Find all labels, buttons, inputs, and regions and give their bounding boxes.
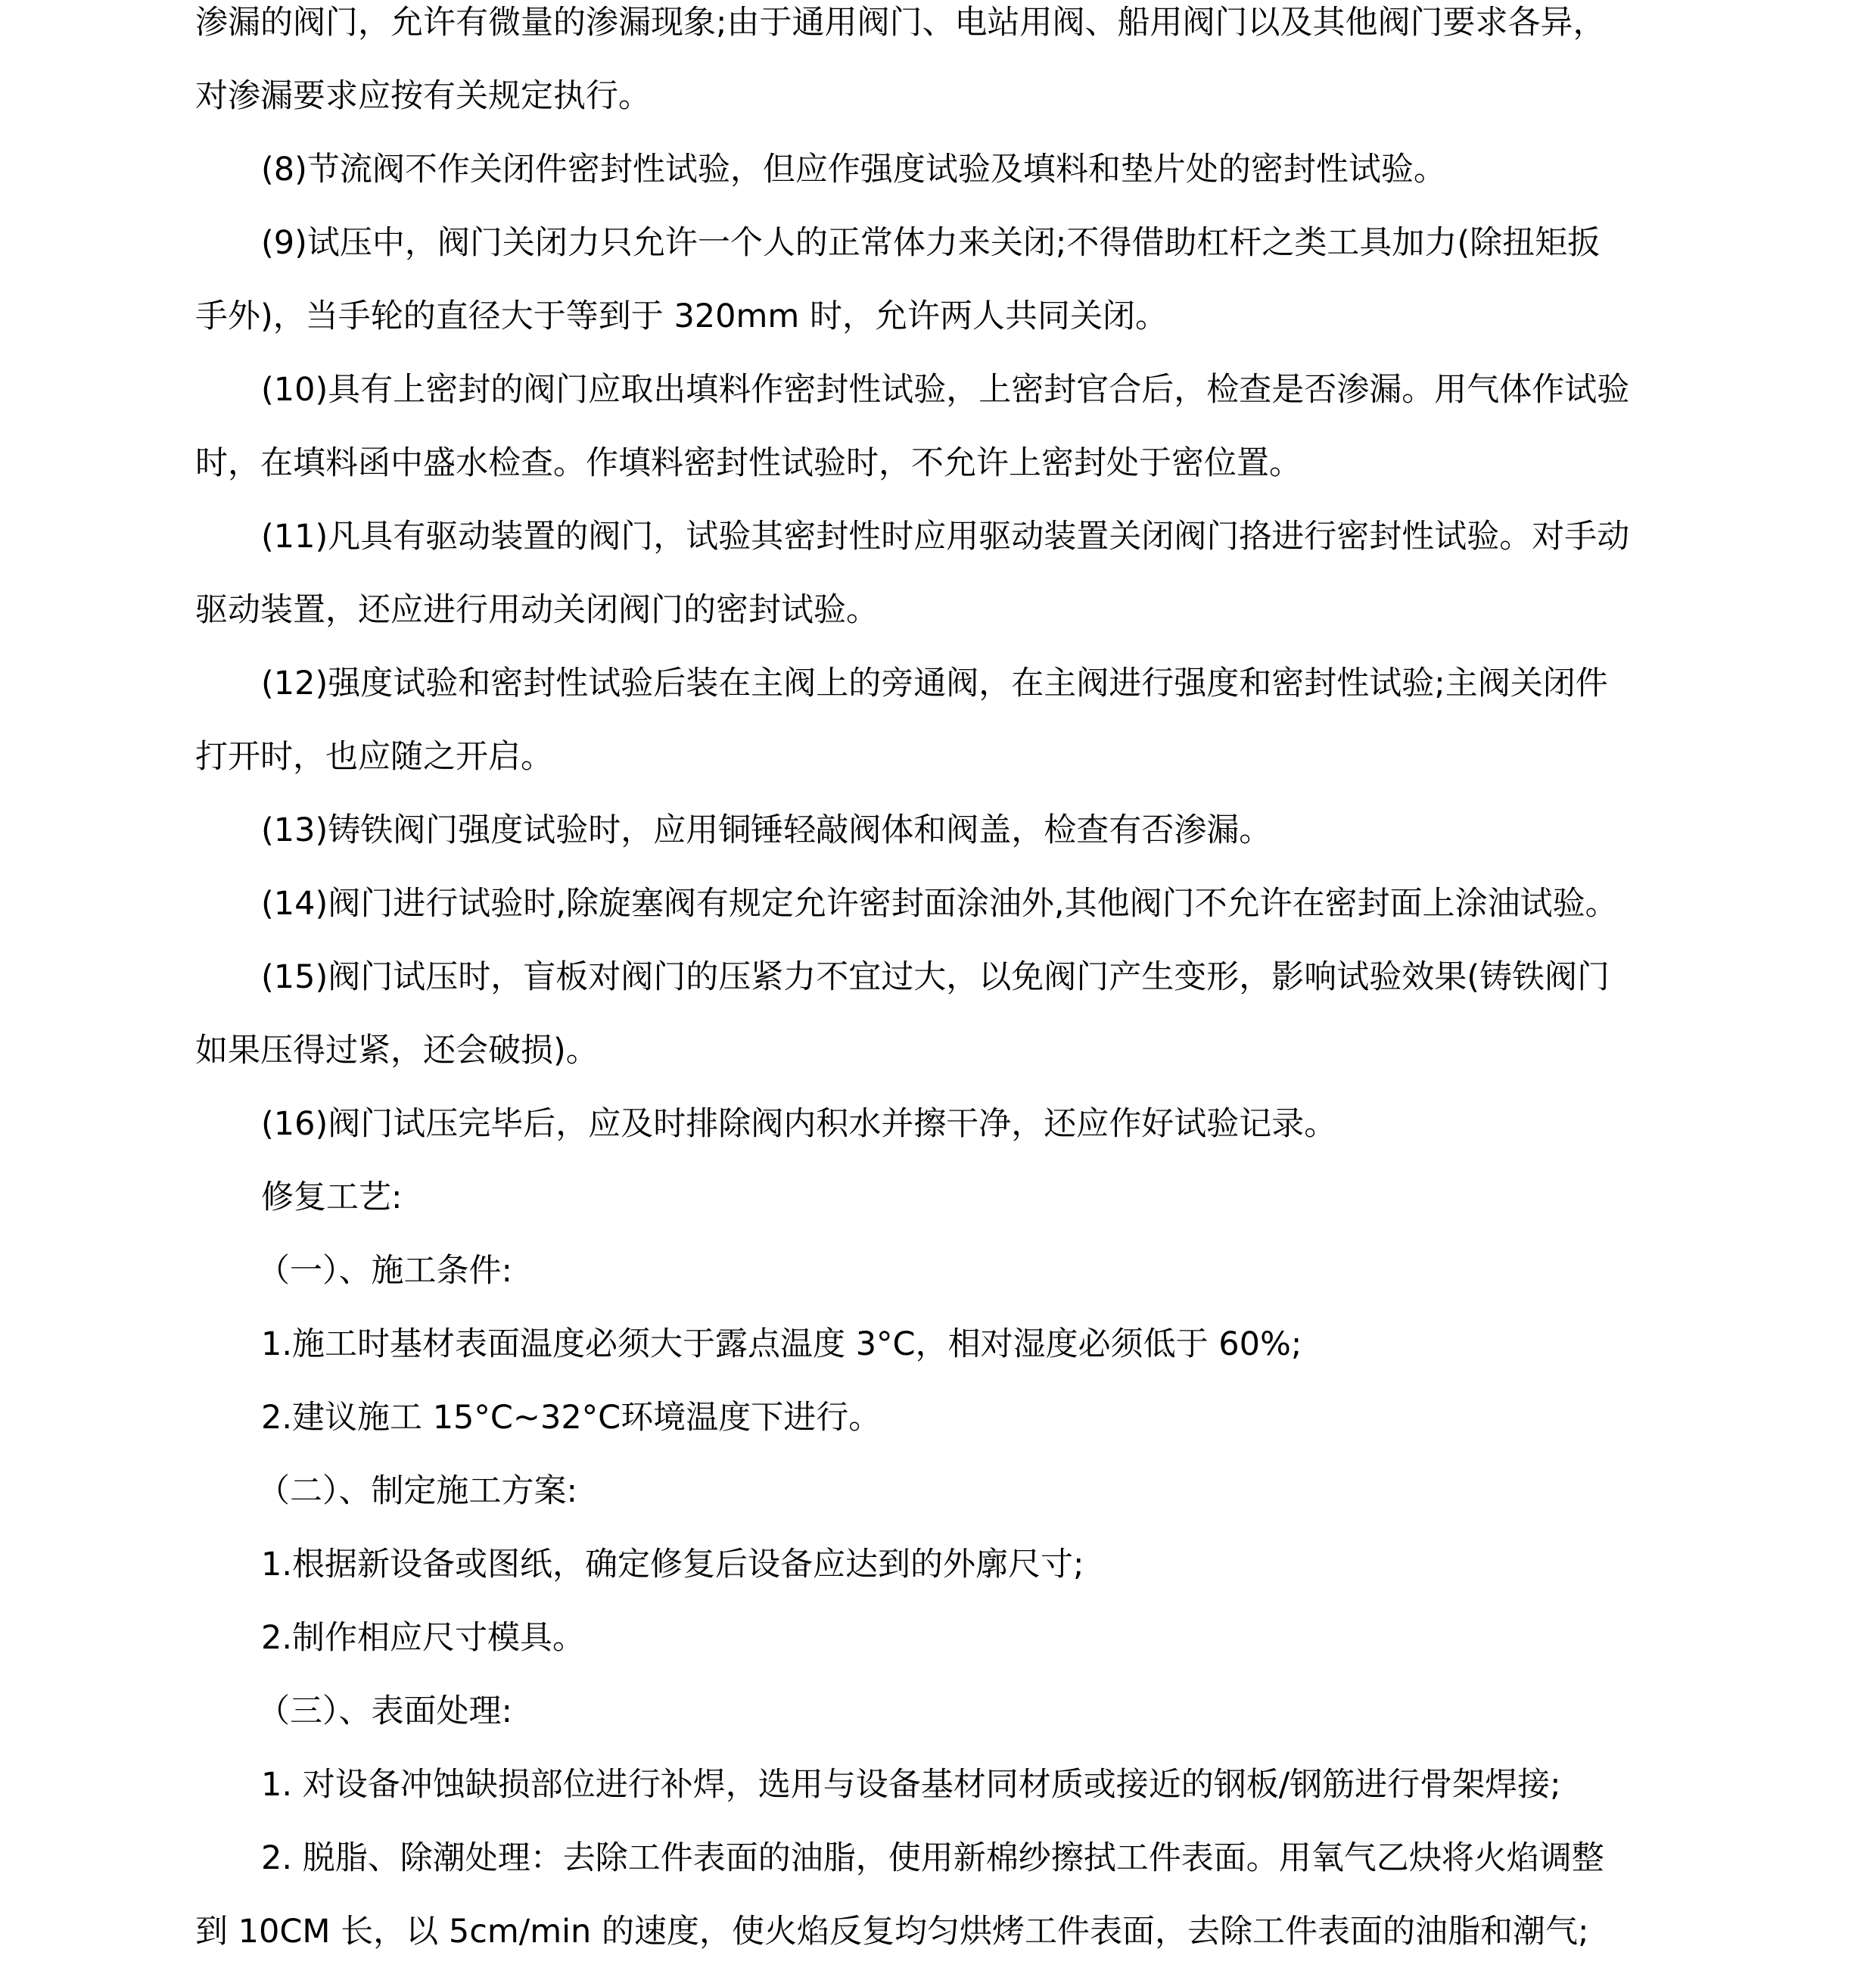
numbered-item: 1. 对设备冲蚀缺损部位进行补焊，选用与设备基材同材质或接近的钢板/钢筋进行骨架…	[261, 1762, 1623, 1808]
paragraph-line: 渗漏的阀门，允许有微量的渗漏现象;由于通用阀门、电站用阀、船用阀门以及其他阀门要…	[195, 0, 1557, 45]
paragraph-line: 对渗漏要求应按有关规定执行。	[195, 73, 1557, 119]
list-item-11: (11)凡具有驱动装置的阀门，试验其密封性时应用驱动装置关闭阀门挌进行密封性试验…	[261, 514, 1623, 559]
list-item-16: (16)阀门试压完毕后，应及时排除阀内积水并擦干净，还应作好试验记录。	[261, 1101, 1623, 1147]
subsection-heading-2: （二）、制定施工方案:	[257, 1468, 1619, 1514]
list-item-15: (15)阀门试压时，盲板对阀门的压紧力不宜过大，以免阀门产生变形，影响试验效果(…	[261, 954, 1623, 1000]
list-item-14: (14)阀门进行试验时,除旋塞阀有规定允许密封面涂油外,其他阀门不允许在密封面上…	[261, 881, 1623, 926]
numbered-item: 1.施工时基材表面温度必须大于露点温度 3°C，相对湿度必须低于 60%;	[261, 1322, 1623, 1367]
paragraph-line: 到 10CM 长，以 5cm/min 的速度，使火焰反复均匀烘烤工件表面，去除工…	[195, 1909, 1557, 1954]
subsection-heading-3: （三）、表面处理:	[257, 1689, 1619, 1734]
list-item-12: (12)强度试验和密封性试验后装在主阀上的旁通阀，在主阀进行强度和密封性试验;主…	[261, 661, 1623, 706]
numbered-item: 2. 脱脂、除潮处理：去除工件表面的油脂，使用新棉纱擦拭工件表面。用氧气乙炔将火…	[261, 1836, 1623, 1881]
numbered-item: 2.制作相应尺寸模具。	[261, 1615, 1623, 1661]
list-item-8: (8)节流阀不作关闭件密封性试验，但应作强度试验及填料和垫片处的密封性试验。	[261, 147, 1623, 192]
section-heading-repair-process: 修复工艺:	[261, 1175, 1623, 1220]
paragraph-line: 打开时，也应随之开启。	[195, 734, 1557, 780]
paragraph-line: 时，在填料函中盛水检查。作填料密封性试验时，不允许上密封处于密位置。	[195, 441, 1557, 486]
list-item-10: (10)具有上密封的阀门应取出填料作密封性试验，上密封官合后，检查是否渗漏。用气…	[261, 367, 1623, 413]
numbered-item: 1.根据新设备或图纸，确定修复后设备应达到的外廓尺寸;	[261, 1542, 1623, 1587]
list-item-9: (9)试压中，阀门关闭力只允许一个人的正常体力来关闭;不得借助杠杆之类工具加力(…	[261, 220, 1623, 266]
paragraph-line: 如果压得过紧，还会破损)。	[195, 1028, 1557, 1073]
paragraph-line: 驱动装置，还应进行用动关闭阀门的密封试验。	[195, 587, 1557, 633]
list-item-13: (13)铸铁阀门强度试验时，应用铜锤轻敲阀体和阀盖，检查有否渗漏。	[261, 808, 1623, 853]
subsection-heading-1: （一）、施工条件:	[257, 1248, 1619, 1294]
paragraph-line: 手外)，当手轮的直径大于等到于 320mm 时，允许两人共同关闭。	[195, 294, 1557, 339]
document-page: 渗漏的阀门，允许有微量的渗漏现象;由于通用阀门、电站用阀、船用阀门以及其他阀门要…	[0, 0, 1876, 1971]
numbered-item: 2.建议施工 15°C~32°C环境温度下进行。	[261, 1395, 1623, 1440]
